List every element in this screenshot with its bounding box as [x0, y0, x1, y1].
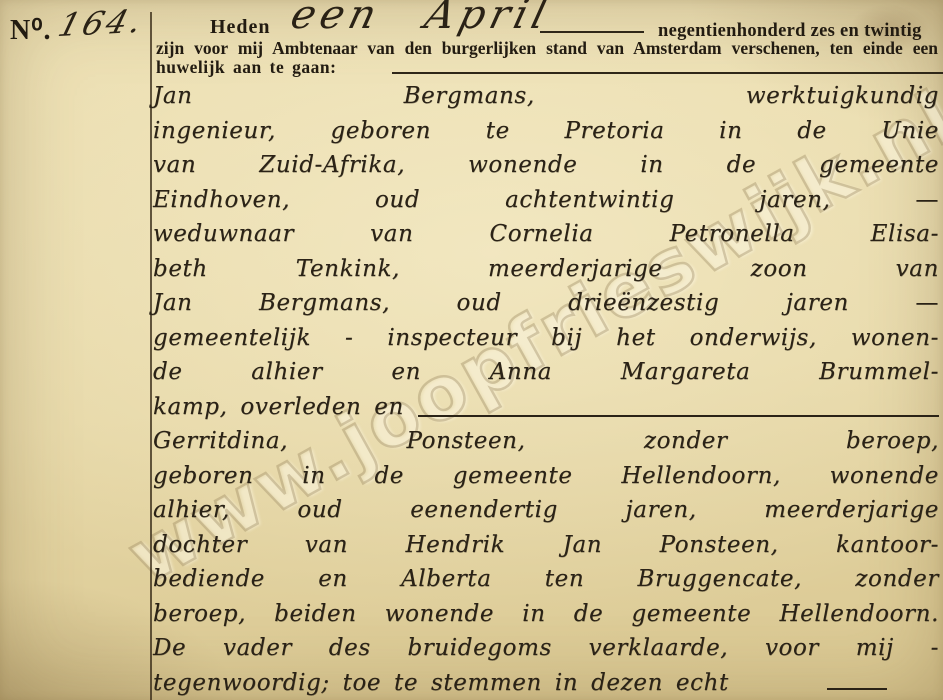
manuscript-line-text: van Zuid-Afrika, wonende in de gemeente	[153, 152, 939, 178]
manuscript-line-text: tegenwoordig; toe te stemmen in dezen ec…	[153, 666, 729, 700]
manuscript-line: tegenwoordig; toe te stemmen in dezen ec…	[153, 666, 939, 700]
manuscript-line-text: geboren in de gemeente Hellendoorn, wone…	[153, 463, 939, 489]
margin-rule	[150, 12, 152, 700]
manuscript-line-text: dochter van Hendrik Jan Ponsteen, kantoo…	[153, 532, 939, 558]
manuscript-line: weduwnaar van Cornelia Petronella Elisa-	[153, 217, 939, 252]
document-page: www.joopfrieswijk.nl N⁰. 164. Heden een …	[0, 0, 943, 700]
manuscript-line: alhier, oud eenendertig jaren, meerderja…	[153, 493, 939, 528]
manuscript-line-text: beth Tenkink, meerderjarige zoon van	[153, 256, 939, 282]
manuscript-line: beth Tenkink, meerderjarige zoon van	[153, 252, 939, 287]
manuscript-line-text: weduwnaar van Cornelia Petronella Elisa-	[153, 221, 939, 247]
header-heden-label: Heden	[210, 16, 271, 39]
manuscript-line: gemeentelijk - inspecteur bij het onderw…	[153, 321, 939, 356]
blank-fill-rule	[418, 390, 939, 417]
manuscript-line-text: de alhier en Anna Margareta Brummel-	[153, 359, 939, 385]
manuscript-line: beroep, beiden wonende in de gemeente He…	[153, 597, 939, 632]
header-date-rule	[540, 31, 644, 33]
manuscript-line-text: Jan Bergmans, oud drieënzestig jaren —	[153, 290, 939, 316]
header-oath-line: zijn voor mij Ambtenaar van den burgerli…	[156, 38, 938, 59]
manuscript-line: geboren in de gemeente Hellendoorn, wone…	[153, 459, 939, 494]
manuscript-line: Eindhoven, oud achtentwintig jaren, —	[153, 183, 939, 218]
manuscript-line-text: De vader des bruidegoms verklaarde, voor…	[153, 635, 939, 661]
manuscript-line: kamp, overleden en	[153, 390, 939, 425]
manuscript-body: Jan Bergmans, werktuigkundigingenieur, g…	[153, 79, 939, 700]
manuscript-line-text: Gerritdina, Ponsteen, zonder beroep,	[153, 428, 939, 454]
act-number-label: N⁰.	[10, 13, 51, 47]
header-date-handwritten: een April	[286, 0, 556, 38]
manuscript-line-text: ingenieur, geboren te Pretoria in de Uni…	[153, 118, 939, 144]
closing-dash-rule	[827, 666, 887, 690]
manuscript-line-text: alhier, oud eenendertig jaren, meerderja…	[153, 497, 939, 523]
header-underline-rule	[392, 72, 943, 74]
manuscript-line-text: Jan Bergmans, werktuigkundig	[153, 83, 939, 109]
manuscript-line: De vader des bruidegoms verklaarde, voor…	[153, 631, 939, 666]
manuscript-line-text: kamp, overleden en	[153, 390, 404, 425]
manuscript-line-text: beroep, beiden wonende in de gemeente He…	[153, 601, 939, 627]
manuscript-line-text: bediende en Alberta ten Bruggencate, zon…	[153, 566, 939, 592]
header-purpose-line: huwelijk aan te gaan:	[156, 57, 336, 78]
manuscript-line: de alhier en Anna Margareta Brummel-	[153, 355, 939, 390]
manuscript-line: Jan Bergmans, oud drieënzestig jaren —	[153, 286, 939, 321]
manuscript-line: Gerritdina, Ponsteen, zonder beroep,	[153, 424, 939, 459]
act-number-value: 164.	[54, 2, 149, 44]
manuscript-line: dochter van Hendrik Jan Ponsteen, kantoo…	[153, 528, 939, 563]
manuscript-line: bediende en Alberta ten Bruggencate, zon…	[153, 562, 939, 597]
manuscript-line: ingenieur, geboren te Pretoria in de Uni…	[153, 114, 939, 149]
manuscript-line: van Zuid-Afrika, wonende in de gemeente	[153, 148, 939, 183]
manuscript-line: Jan Bergmans, werktuigkundig	[153, 79, 939, 114]
manuscript-line-text: Eindhoven, oud achtentwintig jaren, —	[153, 187, 939, 213]
manuscript-line-text: gemeentelijk - inspecteur bij het onderw…	[153, 325, 939, 351]
